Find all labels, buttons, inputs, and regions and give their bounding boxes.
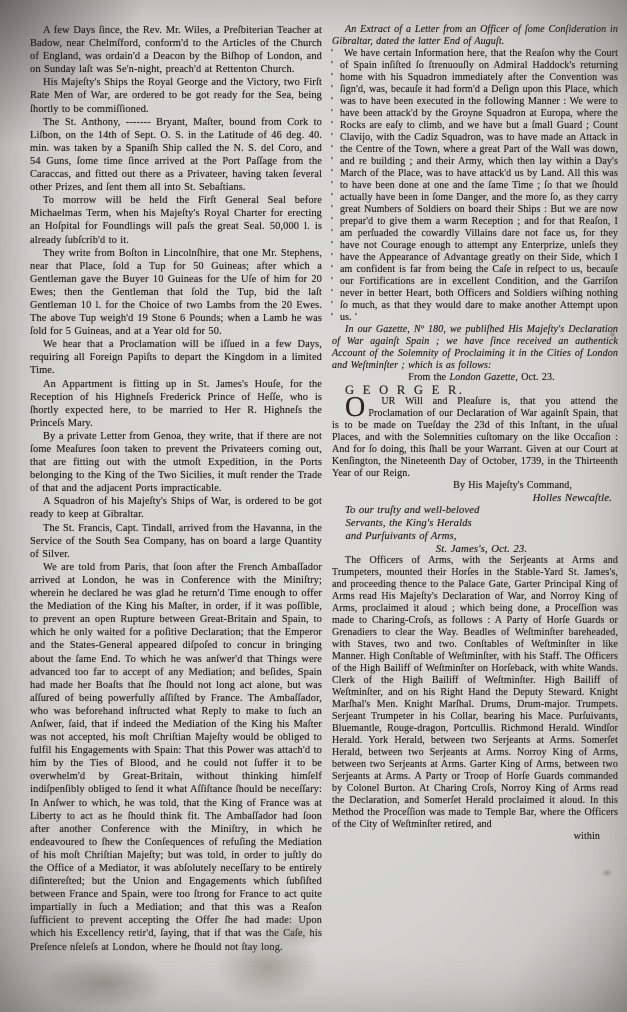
news-paragraph: We hear that a Proclamation will be iſſu…: [30, 338, 322, 377]
george-heading: G E O R G E R.: [332, 384, 618, 396]
royal-warrant-text: UR Will and Pleaſure is, that you attend…: [332, 396, 618, 479]
letter-quote: We have certain Information here, that t…: [340, 48, 618, 324]
signature: Holles Newcaſtle.: [332, 492, 618, 504]
news-paragraph: The St. Anthony, ------- Bryant, Maſter,…: [30, 116, 322, 195]
dateline: St. James's, Oct. 23.: [332, 543, 618, 555]
newspaper-page: A few Days ſince, the Rev. Mr. Wiles, a …: [0, 0, 627, 1012]
catchword: within: [332, 831, 618, 843]
letter-quote-block: ' ' ' ' ' ' ' ' ' ' ' ' ' ' ' ' ' ' ' ' …: [340, 48, 618, 324]
news-paragraph: By a private Letter from Genoa, they wri…: [30, 430, 322, 495]
news-paragraph: A few Days ſince, the Rev. Mr. Wiles, a …: [30, 24, 322, 76]
quote-marks-gutter: ' ' ' ' ' ' ' ' ' ' ' ' ' ' ' ' ' ' ' ' …: [331, 48, 339, 324]
left-column: A few Days ſince, the Rev. Mr. Wiles, a …: [30, 24, 322, 954]
gazette-source-suffix: , Oct. 23.: [515, 372, 554, 383]
procession-paragraph: The Officers of Arms, with the Serjeants…: [332, 555, 618, 831]
right-column: An Extract of a Letter from an Officer o…: [332, 24, 618, 843]
news-paragraph: An Appartment is fitting up in St. James…: [30, 378, 322, 430]
royal-warrant-paragraph: OUR Will and Pleaſure is, that you atten…: [332, 396, 618, 480]
news-paragraph: The St. Francis, Capt. Tindall, arrived …: [30, 522, 322, 561]
news-paragraph: We are told from Paris, that ſoon after …: [30, 561, 322, 954]
ink-speck: [600, 868, 614, 878]
address-block: To our truſty and well-beloved Servants,…: [332, 504, 618, 543]
gazette-source-prefix: From the: [408, 372, 449, 383]
gazette-source-title: London Gazette: [449, 372, 515, 383]
news-paragraph: To morrow will be held the Firſt General…: [30, 194, 322, 246]
command-line: By His Majeſty's Command,: [332, 480, 618, 492]
news-paragraph: They write from Boſton in Lincolnſhire, …: [30, 247, 322, 339]
ink-stain: [28, 952, 183, 1012]
gazette-note: In our Gazette, Nº 180, we publiſhed His…: [332, 324, 618, 372]
news-paragraph: A Squadron of his Majeſty's Ships of War…: [30, 495, 322, 521]
news-paragraph: His Majeſty's Ships the Royal George and…: [30, 76, 322, 115]
drop-cap: O: [332, 396, 368, 419]
letter-heading: An Extract of a Letter from an Officer o…: [332, 24, 618, 48]
